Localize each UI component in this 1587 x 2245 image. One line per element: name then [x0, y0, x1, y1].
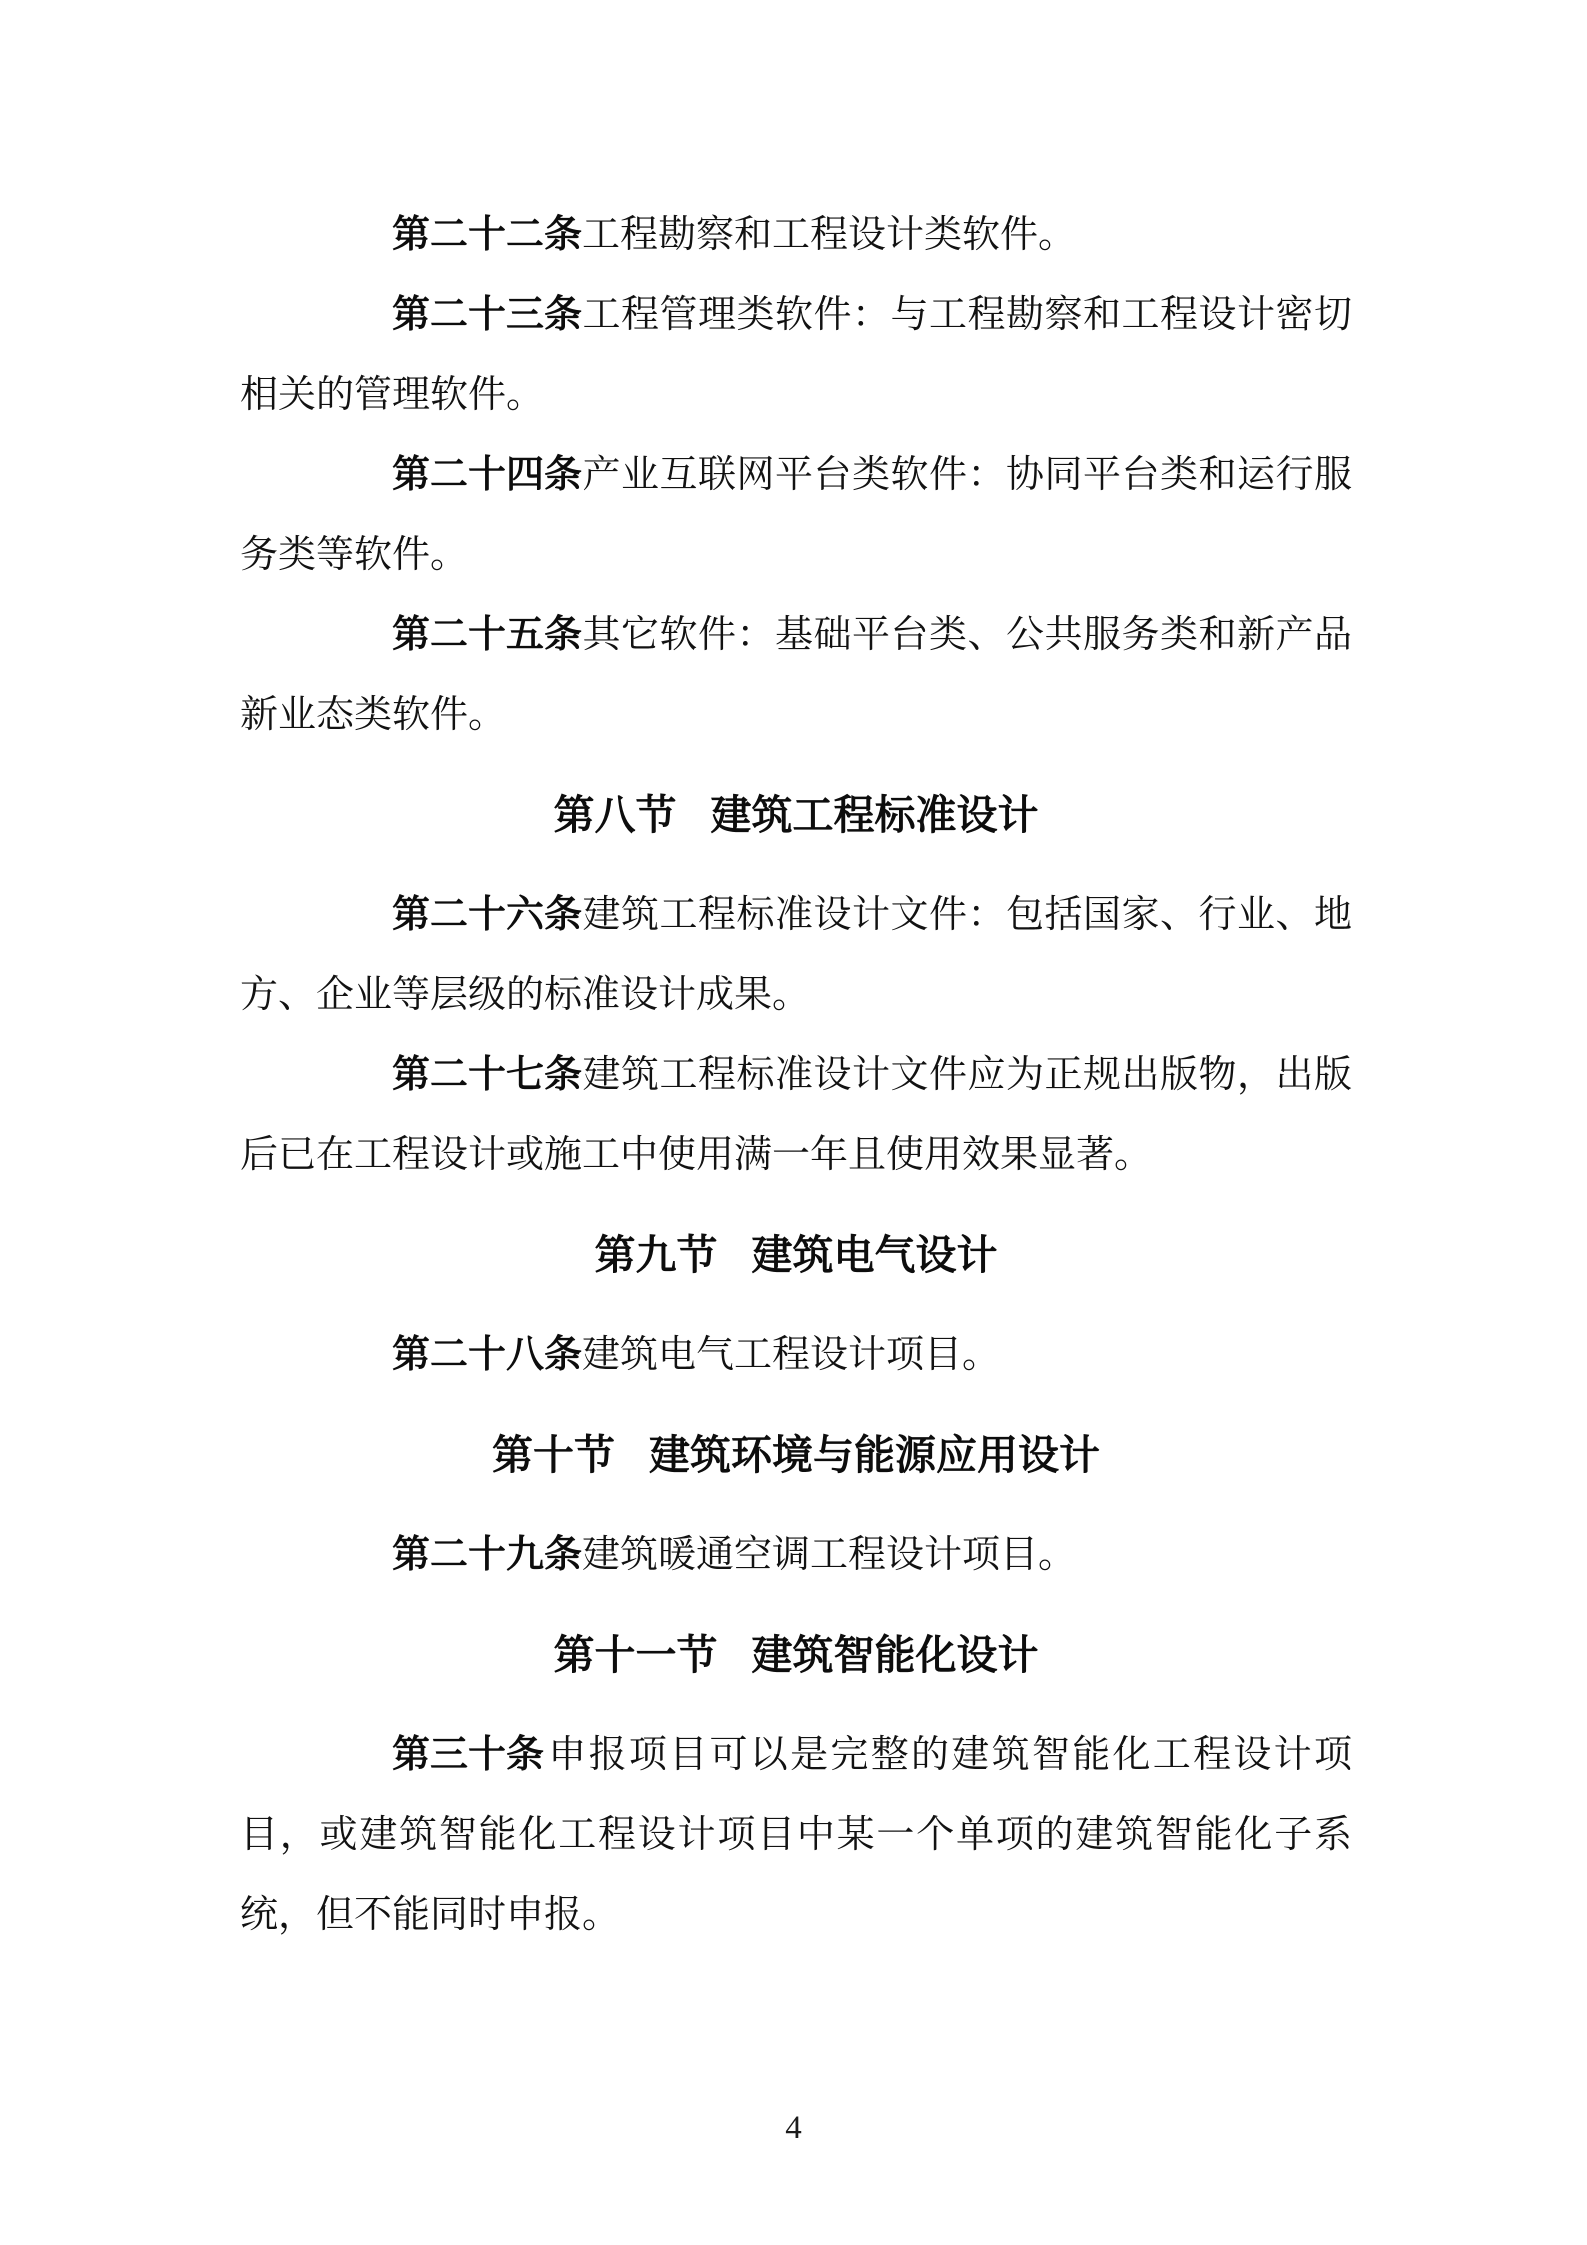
section-heading-10: 第十节建筑环境与能源应用设计	[240, 1415, 1352, 1495]
document-body: 第二十二条工程勘察和工程设计类软件。 第二十三条工程管理类软件：与工程勘察和工程…	[240, 195, 1352, 1955]
article-text: 工程勘察和工程设计类软件。	[582, 214, 1076, 256]
article-number: 第二十五条	[316, 595, 582, 675]
article-text: 建筑暖通空调工程设计项目。	[582, 1534, 1076, 1576]
article-number: 第三十条	[316, 1715, 546, 1795]
document-page: 第二十二条工程勘察和工程设计类软件。 第二十三条工程管理类软件：与工程勘察和工程…	[0, 0, 1587, 2245]
section-heading-8: 第八节建筑工程标准设计	[240, 775, 1352, 855]
section-heading-11: 第十一节建筑智能化设计	[240, 1615, 1352, 1695]
article-text: 建筑电气工程设计项目。	[582, 1334, 1000, 1376]
section-number: 第十一节	[554, 1632, 718, 1678]
article-paragraph-24: 第二十四条产业互联网平台类软件：协同平台类和运行服务类等软件。	[240, 435, 1352, 595]
section-number: 第十节	[492, 1432, 615, 1478]
article-number: 第二十八条	[316, 1315, 582, 1395]
section-number: 第九节	[595, 1232, 718, 1278]
section-title: 建筑工程标准设计	[711, 792, 1039, 838]
article-paragraph-25: 第二十五条其它软件：基础平台类、公共服务类和新产品新业态类软件。	[240, 595, 1352, 755]
article-number: 第二十四条	[316, 435, 582, 515]
section-number: 第八节	[554, 792, 677, 838]
section-heading-9: 第九节建筑电气设计	[240, 1215, 1352, 1295]
article-paragraph-27: 第二十七条建筑工程标准设计文件应为正规出版物，出版后已在工程设计或施工中使用满一…	[240, 1035, 1352, 1195]
article-paragraph-29: 第二十九条建筑暖通空调工程设计项目。	[240, 1515, 1352, 1595]
article-number: 第二十六条	[316, 875, 582, 955]
section-title: 建筑环境与能源应用设计	[649, 1432, 1100, 1478]
article-paragraph-28: 第二十八条建筑电气工程设计项目。	[240, 1315, 1352, 1395]
article-number: 第二十二条	[316, 195, 582, 275]
article-number: 第二十七条	[316, 1035, 582, 1115]
section-title: 建筑电气设计	[752, 1232, 998, 1278]
article-paragraph-23: 第二十三条工程管理类软件：与工程勘察和工程设计密切相关的管理软件。	[240, 275, 1352, 435]
article-number: 第二十九条	[316, 1515, 582, 1595]
article-paragraph-26: 第二十六条建筑工程标准设计文件：包括国家、行业、地方、企业等层级的标准设计成果。	[240, 875, 1352, 1035]
article-paragraph-30: 第三十条申报项目可以是完整的建筑智能化工程设计项目，或建筑智能化工程设计项目中某…	[240, 1715, 1352, 1955]
page-number: 4	[785, 2110, 802, 2146]
page-footer: 4	[0, 2090, 1587, 2166]
article-number: 第二十三条	[316, 275, 582, 355]
article-paragraph-22: 第二十二条工程勘察和工程设计类软件。	[240, 195, 1352, 275]
section-title: 建筑智能化设计	[752, 1632, 1039, 1678]
